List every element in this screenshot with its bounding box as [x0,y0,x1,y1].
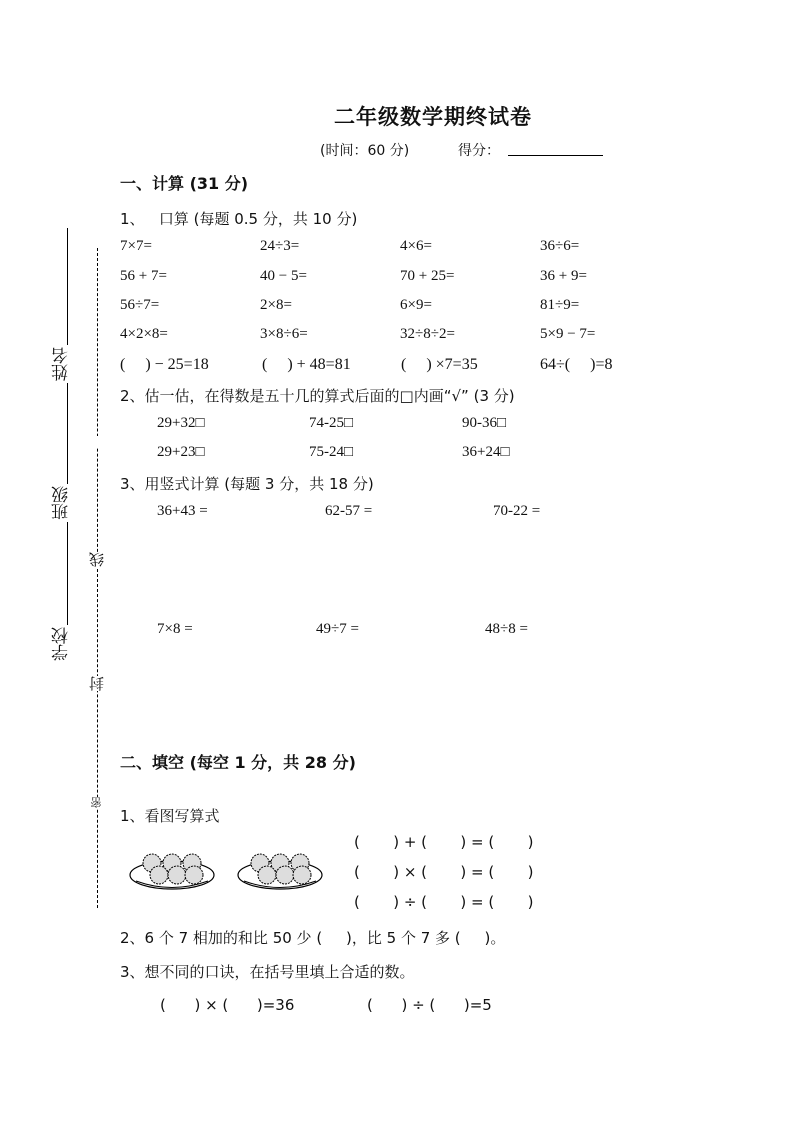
calc-item: 2×8= [260,297,292,314]
vertical-calc-item: 49÷7 = [316,621,359,638]
fill-blank-item[interactable]: 64÷( )=8 [540,356,612,374]
margin-label-name: 姓名 [49,345,74,383]
calc-item: 32÷8÷2= [400,326,455,343]
calc-item: 3×8÷6= [260,326,308,343]
plates-image [128,848,328,894]
calc-item: 4×2×8= [120,326,168,343]
calc-item: 56÷7= [120,297,159,314]
calc-item: 6×9= [400,297,432,314]
fill-blank-item[interactable]: ( ) + 48=81 [262,356,351,374]
calc-item: 24÷3= [260,238,299,255]
calc-item: 4×6= [400,238,432,255]
vertical-calc-item: 70-22 = [493,503,540,520]
calc-item: 40 − 5= [260,268,307,285]
estimate-item[interactable]: 29+23□ [157,444,205,461]
vertical-calc-item: 36+43 = [157,503,208,520]
margin-label-school: 学校 [49,625,74,663]
seal-char-line: 线 [90,552,105,567]
s2-q1-label: 1、看图写算式 [120,805,220,826]
estimate-item[interactable]: 90-36□ [462,415,506,432]
score-label: 得分： [458,140,500,160]
section2-heading: 二、填空 (每空 1 分，共 28 分) [120,750,356,773]
estimate-item[interactable]: 36+24□ [462,444,510,461]
calc-item: 7×7= [120,238,152,255]
exam-time: (时间：60 分) [320,140,409,160]
s1-q1-label: 1、 口算 (每题 0.5 分，共 10 分) [120,208,357,229]
s2-q2-label[interactable]: 2、6 个 7 相加的和比 50 少 ( )，比 5 个 7 多 ( )。 [120,927,505,948]
calc-item: 70 + 25= [400,268,454,285]
plates-of-balls-icon [128,848,328,894]
calc-item: 36÷6= [540,238,579,255]
picture-equation-add[interactable]: ( ) + ( ) = ( ) [354,833,533,851]
vertical-calc-item: 48÷8 = [485,621,528,638]
s1-q3-label: 3、用竖式计算 (每题 3 分，共 18 分) [120,473,374,494]
vertical-calc-item: 7×8 = [157,621,193,638]
page-title: 二年级数学期终试卷 [0,101,793,131]
seal-dashed-line [97,248,98,908]
seal-gap [92,436,102,448]
seal-char-seal: 封 [90,676,105,691]
calc-item: 81÷9= [540,297,579,314]
multiplication-blank[interactable]: ( ) × ( )=36 [160,996,294,1014]
estimate-item[interactable]: 29+32□ [157,415,205,432]
fill-blank-item[interactable]: ( ) ×7=35 [401,356,478,374]
picture-equation-divide[interactable]: ( ) ÷ ( ) = ( ) [354,893,533,911]
s1-q2-label: 2、估一估，在得数是五十几的算式后面的□内画“√” (3 分) [120,385,515,406]
margin-bg-cover-top [60,660,72,920]
calc-item: 5×9 − 7= [540,326,595,343]
estimate-item[interactable]: 75-24□ [309,444,353,461]
vertical-calc-item: 62-57 = [325,503,372,520]
s2-q3-label: 3、想不同的口诀，在括号里填上合适的数。 [120,961,415,982]
picture-equation-multiply[interactable]: ( ) × ( ) = ( ) [354,863,533,881]
seal-char-secret: 密 [91,797,102,808]
margin-label-class: 班级 [49,484,74,522]
calc-item: 36 + 9= [540,268,587,285]
fill-blank-item[interactable]: ( ) − 25=18 [120,356,209,374]
estimate-item[interactable]: 74-25□ [309,415,353,432]
score-blank[interactable] [508,155,603,156]
division-blank[interactable]: ( ) ÷ ( )=5 [367,996,492,1014]
section1-heading: 一、计算 (31 分) [120,171,248,194]
calc-item: 56 + 7= [120,268,167,285]
